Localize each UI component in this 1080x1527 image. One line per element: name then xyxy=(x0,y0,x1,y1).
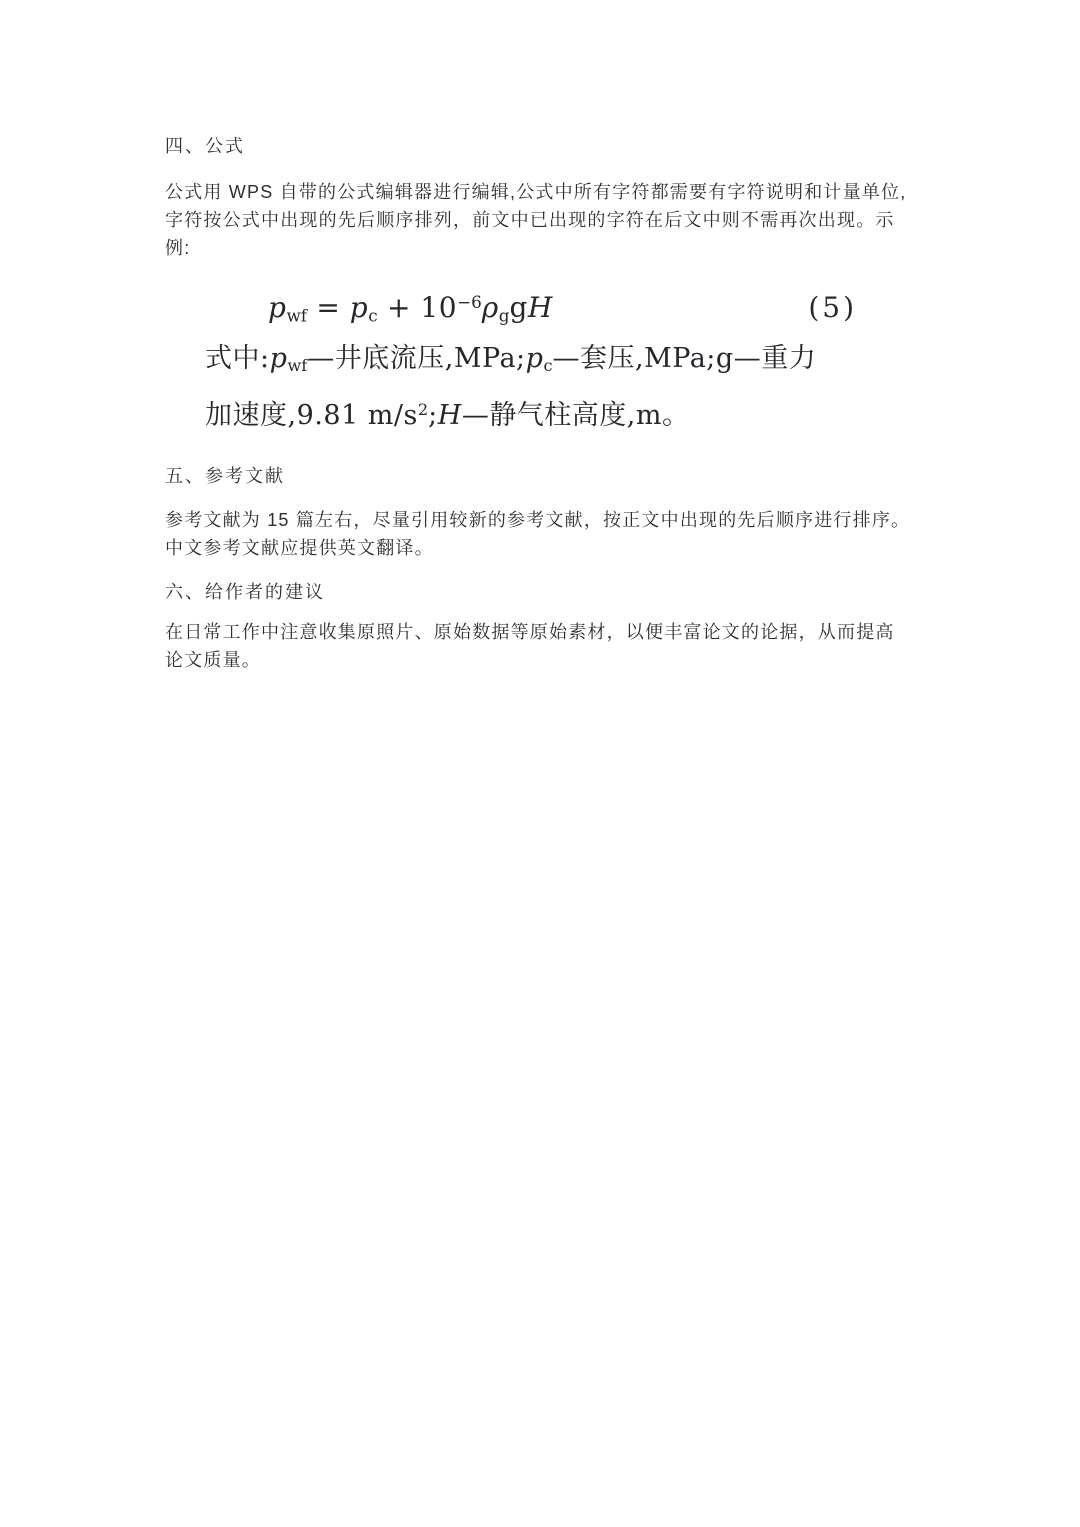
document-content: 四、公式 公式用 WPS 自带的公式编辑器进行编辑,公式中所有字符都需要有字符说… xyxy=(165,132,940,674)
author-advice-paragraph: 在日常工作中注意收集原照片、原始数据等原始素材，以便丰富论文的论据，从而提高 论… xyxy=(165,618,940,674)
paragraph-line: 论文质量。 xyxy=(165,646,940,674)
paragraph-line: 公式用 WPS 自带的公式编辑器进行编辑,公式中所有字符都需要有字符说明和计量单… xyxy=(165,178,940,206)
paragraph-line: 在日常工作中注意收集原照片、原始数据等原始素材，以便丰富论文的论据，从而提高 xyxy=(165,618,940,646)
equation-number: (5) xyxy=(808,286,857,330)
equation-row: pwf = pc + 10−6ρggH (5) xyxy=(205,280,873,337)
formula-example-image: pwf = pc + 10−6ρggH (5) 式中:pwf—井底流压,MPa;… xyxy=(205,280,873,438)
paragraph-line: 参考文献为 15 篇左右，尽量引用较新的参考文献，按正文中出现的先后顺序进行排序… xyxy=(165,506,940,534)
paragraph-line: 字符按公式中出现的先后顺序排列，前文中已出现的字符在后文中则不需再次出现。示 xyxy=(165,206,940,234)
formulas-paragraph: 公式用 WPS 自带的公式编辑器进行编辑,公式中所有字符都需要有字符说明和计量单… xyxy=(165,178,940,262)
equation: pwf = pc + 10−6ρggH xyxy=(268,280,553,337)
paragraph-line: 中文参考文献应提供英文翻译。 xyxy=(165,534,940,562)
document-page: 四、公式 公式用 WPS 自带的公式编辑器进行编辑,公式中所有字符都需要有字符说… xyxy=(0,0,1080,1527)
section-heading-author-advice: 六、给作者的建议 xyxy=(165,578,940,606)
equation-explanation-line: 加速度,9.81 m/s2;H—静气柱高度,m。 xyxy=(205,388,873,438)
paragraph-line: 例: xyxy=(165,234,940,262)
equation-explanation-line: 式中:pwf—井底流压,MPa;pc—套压,MPa;g—重力 xyxy=(205,337,873,388)
section-heading-references: 五、参考文献 xyxy=(165,462,940,490)
references-paragraph: 参考文献为 15 篇左右，尽量引用较新的参考文献，按正文中出现的先后顺序进行排序… xyxy=(165,506,940,562)
section-heading-formulas: 四、公式 xyxy=(165,132,940,160)
